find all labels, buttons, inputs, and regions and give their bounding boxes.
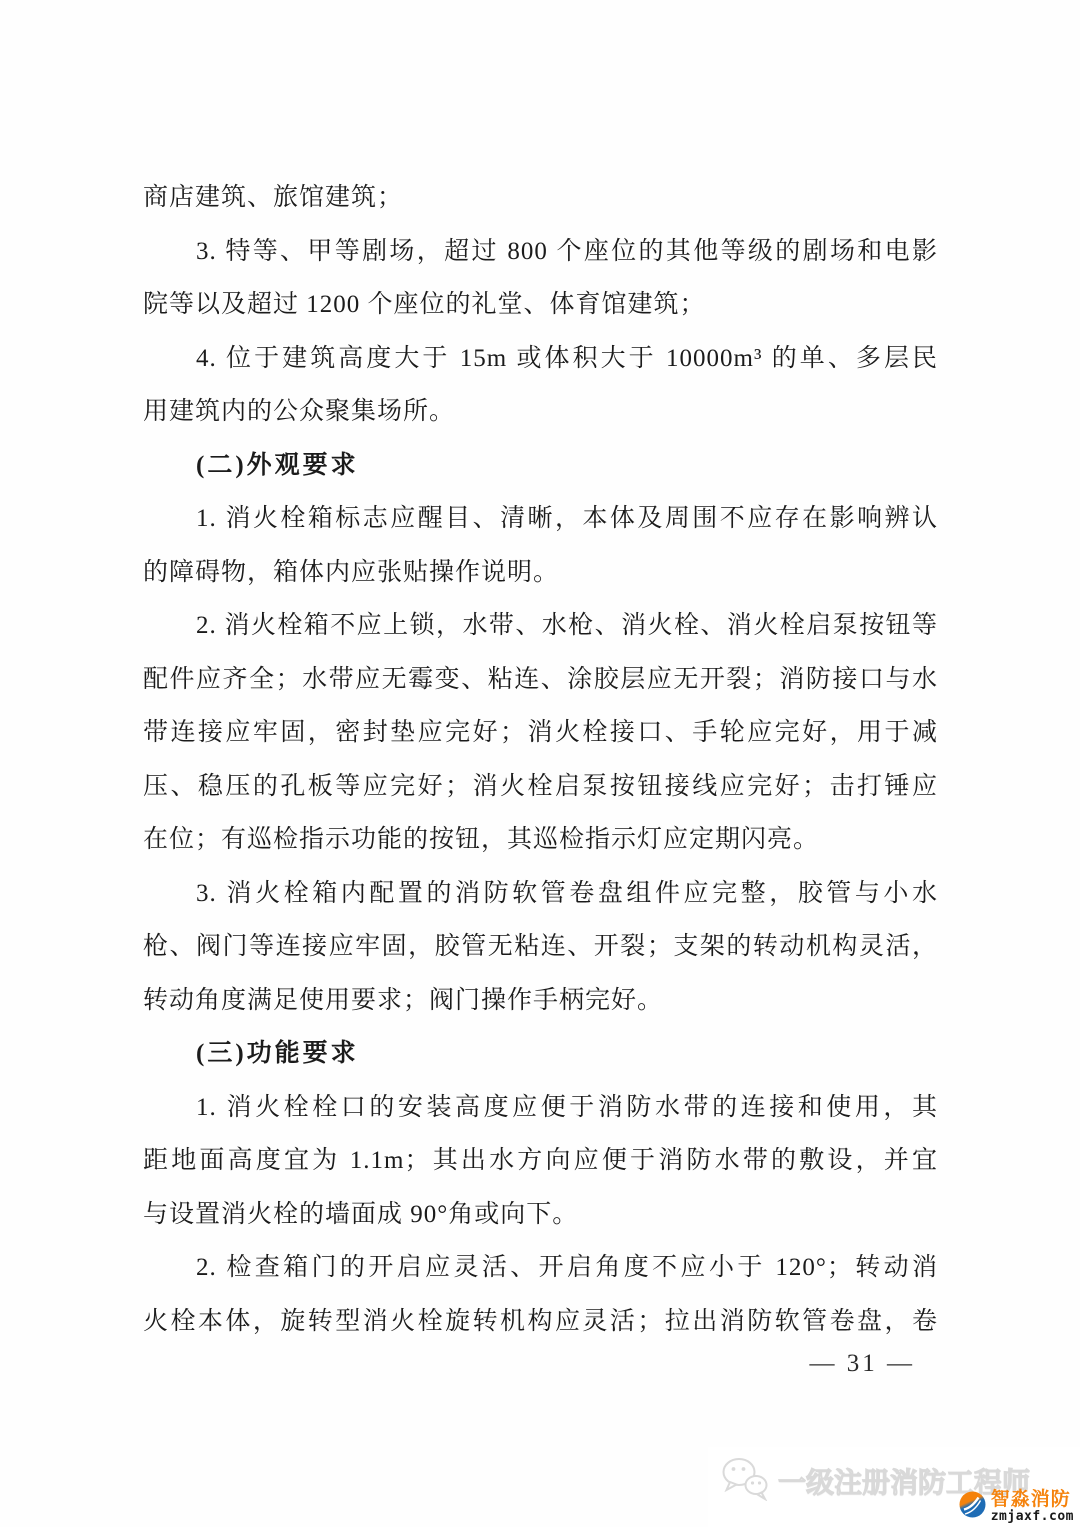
text-line: 压、稳压的孔板等应完好；消火栓启泵按钮接线应完好；击打锤应: [143, 760, 938, 814]
section-heading: (二)外观要求: [143, 439, 938, 493]
text-line: 用建筑内的公众聚集场所。: [143, 385, 938, 439]
text-line: 院等以及超过 1200 个座位的礼堂、体育馆建筑；: [143, 278, 938, 332]
page-number: — 31 —: [143, 1350, 915, 1378]
document-body: 商店建筑、旅馆建筑； 3. 特等、甲等剧场，超过 800 个座位的其他等级的剧场…: [143, 171, 938, 1348]
text-line: 2. 检查箱门的开启应灵活、开启角度不应小于 120°；转动消: [143, 1241, 938, 1295]
text-line: 带连接应牢固，密封垫应完好；消火栓接口、手轮应完好，用于减: [143, 706, 938, 760]
watermark-banner: 一级注册消防工程师 智淼消防 zmjaxf.co: [708, 1447, 1080, 1527]
brand-url: zmjaxf.com: [991, 1510, 1074, 1524]
brand-texts: 智淼消防 zmjaxf.com: [991, 1490, 1074, 1524]
text-line: 与设置消火栓的墙面成 90°角或向下。: [143, 1188, 938, 1242]
text-line: 3. 消火栓箱内配置的消防软管卷盘组件应完整，胶管与小水: [143, 867, 938, 921]
text-line: 1. 消火栓栓口的安装高度应便于消防水带的连接和使用，其: [143, 1081, 938, 1135]
text-line: 3. 特等、甲等剧场，超过 800 个座位的其他等级的剧场和电影: [143, 225, 938, 279]
text-line: 转动角度满足使用要求；阀门操作手柄完好。: [143, 974, 938, 1028]
text-line: 2. 消火栓箱不应上锁，水带、水枪、消火栓、消火栓启泵按钮等: [143, 599, 938, 653]
brand-block: 智淼消防 zmjaxf.com: [959, 1490, 1074, 1524]
brand-logo-icon: [959, 1491, 986, 1523]
text-line: 配件应齐全；水带应无霉变、粘连、涂胶层应无开裂；消防接口与水: [143, 653, 938, 707]
document-page: 商店建筑、旅馆建筑； 3. 特等、甲等剧场，超过 800 个座位的其他等级的剧场…: [0, 0, 1080, 1527]
text-line: 火栓本体，旋转型消火栓旋转机构应灵活；拉出消防软管卷盘，卷: [143, 1295, 938, 1349]
brand-name: 智淼消防: [991, 1490, 1074, 1510]
text-line: 的障碍物，箱体内应张贴操作说明。: [143, 546, 938, 600]
wechat-icon: [720, 1455, 770, 1506]
text-line: 商店建筑、旅馆建筑；: [143, 171, 938, 225]
text-line: 距地面高度宜为 1.1m；其出水方向应便于消防水带的敷设，并宜: [143, 1134, 938, 1188]
text-line: 在位；有巡检指示功能的按钮，其巡检指示灯应定期闪亮。: [143, 813, 938, 867]
text-line: 枪、阀门等连接应牢固，胶管无粘连、开裂；支架的转动机构灵活，: [143, 920, 938, 974]
section-heading: (三)功能要求: [143, 1027, 938, 1081]
text-line: 4. 位于建筑高度大于 15m 或体积大于 10000m³ 的单、多层民: [143, 332, 938, 386]
text-line: 1. 消火栓箱标志应醒目、清晰，本体及周围不应存在影响辨认: [143, 492, 938, 546]
